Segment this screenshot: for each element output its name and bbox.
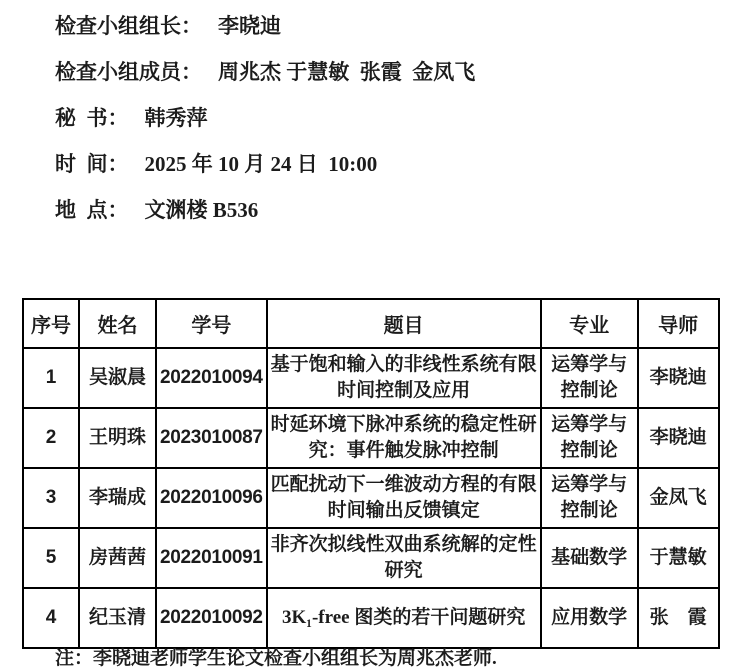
cell-advisor: 于慧敏	[638, 528, 719, 588]
cell-seq: 3	[23, 468, 79, 528]
cell-topic: 基于饱和输入的非线性系统有限时间控制及应用	[267, 348, 541, 408]
location-value: 文渊楼 B536	[145, 194, 259, 224]
header-student-id: 学号	[156, 299, 267, 348]
header-topic: 题目	[267, 299, 541, 348]
info-line-group-leader: 检查小组组长： 李晓迪	[55, 10, 475, 32]
location-label: 地 点：	[55, 194, 129, 224]
time-value: 2025 年 10 月 24 日 10:00	[145, 148, 378, 178]
table-row: 4 纪玉清 2022010092 3K₁-free 图类的若干问题研究 应用数学…	[23, 588, 719, 648]
cell-major: 基础数学	[541, 528, 638, 588]
cell-topic: 非齐次拟线性双曲系统解的定性研究	[267, 528, 541, 588]
header-name: 姓名	[79, 299, 156, 348]
cell-seq: 1	[23, 348, 79, 408]
cell-major: 应用数学	[541, 588, 638, 648]
cell-major: 运筹学与控制论	[541, 468, 638, 528]
cell-name: 吴淑晨	[79, 348, 156, 408]
group-members-value: 周兆杰 于慧敏 张霞 金凤飞	[218, 56, 475, 86]
info-line-time: 时 间： 2025 年 10 月 24 日 10:00	[55, 148, 475, 170]
cell-name: 纪玉清	[79, 588, 156, 648]
cell-major: 运筹学与控制论	[541, 408, 638, 468]
group-leader-label: 检查小组组长：	[55, 10, 202, 40]
cell-major: 运筹学与控制论	[541, 348, 638, 408]
cell-advisor: 金凤飞	[638, 468, 719, 528]
cell-name: 王明珠	[79, 408, 156, 468]
cell-topic: 时延环境下脉冲系统的稳定性研究：事件触发脉冲控制	[267, 408, 541, 468]
thesis-check-table: 序号 姓名 学号 题目 专业 导师 1 吴淑晨 2022010094 基于饱和输…	[22, 298, 720, 649]
cell-student-id: 2022010091	[156, 528, 267, 588]
cell-advisor: 李晓迪	[638, 408, 719, 468]
meeting-info-block: 检查小组组长： 李晓迪 检查小组成员： 周兆杰 于慧敏 张霞 金凤飞 秘 书： …	[55, 10, 475, 240]
info-line-secretary: 秘 书： 韩秀萍	[55, 102, 475, 124]
cell-advisor: 张 霞	[638, 588, 719, 648]
info-line-location: 地 点： 文渊楼 B536	[55, 194, 475, 216]
cell-student-id: 2022010094	[156, 348, 267, 408]
cell-seq: 5	[23, 528, 79, 588]
group-members-label: 检查小组成员：	[55, 56, 202, 86]
group-leader-value: 李晓迪	[218, 10, 281, 40]
table-row: 5 房茜茜 2022010091 非齐次拟线性双曲系统解的定性研究 基础数学 于…	[23, 528, 719, 588]
time-label: 时 间：	[55, 148, 129, 178]
secretary-label: 秘 书：	[55, 102, 129, 132]
header-seq: 序号	[23, 299, 79, 348]
secretary-value: 韩秀萍	[145, 102, 208, 132]
header-major: 专业	[541, 299, 638, 348]
header-advisor: 导师	[638, 299, 719, 348]
cell-name: 房茜茜	[79, 528, 156, 588]
cell-seq: 4	[23, 588, 79, 648]
table-header-row: 序号 姓名 学号 题目 专业 导师	[23, 299, 719, 348]
cell-topic: 匹配扰动下一维波动方程的有限时间输出反馈镇定	[267, 468, 541, 528]
cell-topic: 3K₁-free 图类的若干问题研究	[267, 588, 541, 648]
cell-student-id: 2022010092	[156, 588, 267, 648]
table-row: 2 王明珠 2023010087 时延环境下脉冲系统的稳定性研究：事件触发脉冲控…	[23, 408, 719, 468]
cell-advisor: 李晓迪	[638, 348, 719, 408]
cell-name: 李瑞成	[79, 468, 156, 528]
table-row: 3 李瑞成 2022010096 匹配扰动下一维波动方程的有限时间输出反馈镇定 …	[23, 468, 719, 528]
cell-student-id: 2022010096	[156, 468, 267, 528]
info-line-group-members: 检查小组成员： 周兆杰 于慧敏 张霞 金凤飞	[55, 56, 475, 78]
table-row: 1 吴淑晨 2022010094 基于饱和输入的非线性系统有限时间控制及应用 运…	[23, 348, 719, 408]
cell-student-id: 2023010087	[156, 408, 267, 468]
footnote: 注：李晓迪老师学生论文检查小组组长为周兆杰老师.	[55, 643, 497, 668]
cell-seq: 2	[23, 408, 79, 468]
document-page: { "document": { "info_lines": [ { "label…	[0, 0, 742, 668]
